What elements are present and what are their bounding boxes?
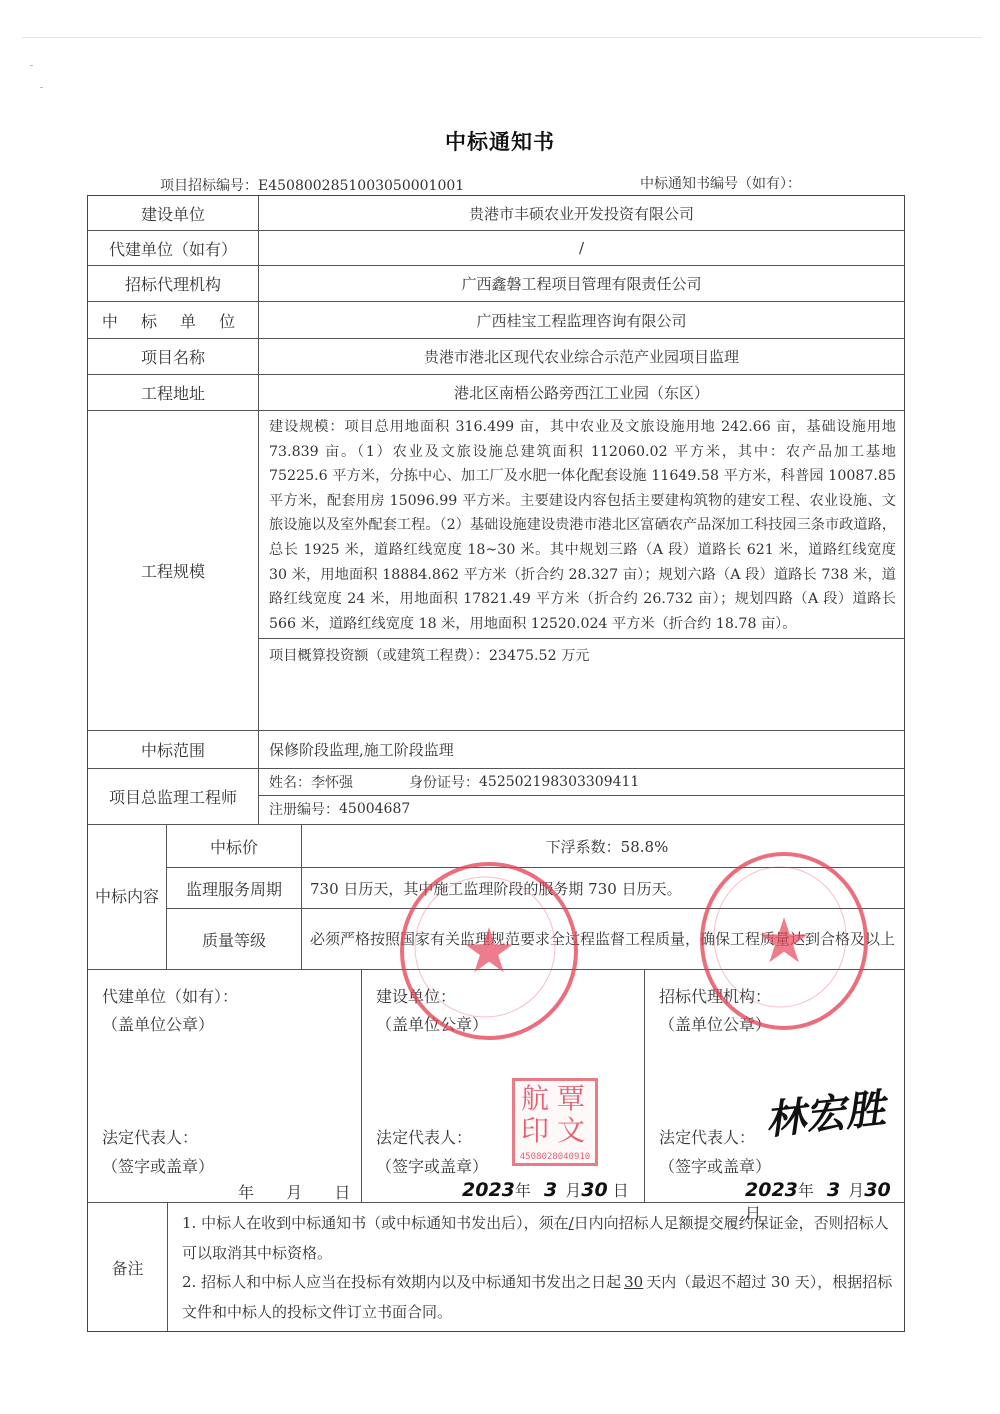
- scan-speck: [30, 65, 33, 66]
- year-suffix: 年: [238, 1183, 254, 1202]
- value-project-address: 港北区南梧公路旁西江工业园（东区）: [259, 375, 904, 410]
- value-agent-builder: /: [259, 231, 904, 265]
- row-tender-agency: 招标代理机构 广西鑫磐工程项目管理有限责任公司: [88, 266, 904, 302]
- bid-content-rows: 中标价 下浮系数：58.8% 监理服务周期 730 日历天，其中施工监理阶段的服…: [167, 825, 904, 969]
- chief-engineer-registration: 注册编号： 45004687: [259, 795, 904, 822]
- label-bid-price: 中标价: [167, 825, 302, 867]
- row-project-scale: 工程规模 建设规模：项目总用地面积 316.499 亩，其中农业及文旅设施用地 …: [88, 411, 904, 731]
- chief-engineer-cell: 姓名： 李怀强 身份证号： 452502198303309411 注册编号： 4…: [259, 769, 904, 824]
- label-chief-engineer: 项目总监理工程师: [88, 769, 259, 824]
- day-suffix: 日: [745, 1204, 761, 1223]
- scan-artifact-line: [22, 37, 982, 38]
- bid-content-block: 中标内容 中标价 下浮系数：58.8% 监理服务周期 730 日历天，其中施工监…: [88, 825, 904, 970]
- row-project-name: 项目名称 贵港市港北区现代农业综合示范产业园项目监理: [88, 339, 904, 375]
- row-service-period: 监理服务周期 730 日历天，其中施工监理阶段的服务期 730 日历天。: [167, 868, 904, 909]
- value-tender-agency: 广西鑫磐工程项目管理有限责任公司: [259, 266, 904, 301]
- engineer-name-label: 姓名：: [269, 772, 311, 792]
- row-agent-builder: 代建单位（如有） /: [88, 231, 904, 266]
- value-bid-price: 下浮系数：58.8%: [302, 825, 904, 867]
- signature-tender-agency: 招标代理机构： （盖单位公章） 法定代表人： （签字或盖章） 2023年 3月3…: [645, 970, 904, 1202]
- bid-notice-table: 建设单位 贵港市丰硕农业开发投资有限公司 代建单位（如有） / 招标代理机构 广…: [87, 195, 905, 1332]
- label-service-period: 监理服务周期: [167, 868, 302, 908]
- note2-blank: 30: [621, 1273, 646, 1291]
- row-bid-scope: 中标范围 保修阶段监理,施工阶段监理: [88, 731, 904, 769]
- value-service-period: 730 日历天，其中施工监理阶段的服务期 730 日历天。: [302, 868, 904, 908]
- label-bid-scope: 中标范围: [88, 731, 259, 768]
- sig-seal-hint: （盖单位公章）: [659, 1012, 771, 1035]
- label-bid-content: 中标内容: [88, 825, 167, 969]
- label-notes: 备注: [88, 1203, 168, 1331]
- signature-block: 代建单位（如有）： （盖单位公章） 法定代表人： （签字或盖章） 年 月 日 建…: [88, 970, 904, 1203]
- sig-rep-hint: （签字或盖章）: [102, 1154, 214, 1177]
- label-tender-agency: 招标代理机构: [88, 266, 259, 301]
- day-suffix: 日: [334, 1183, 350, 1202]
- project-bid-number-value: E4508002851003050001001: [258, 178, 464, 194]
- sig-rep-hint: （签字或盖章）: [659, 1154, 771, 1177]
- sig-org-label: 代建单位（如有）：: [102, 984, 238, 1007]
- sig-date: 2023年 3月30 日: [462, 1178, 629, 1201]
- sig-month-handwritten: 3: [544, 1179, 557, 1201]
- note2-text-a: 2. 招标人和中标人应当在投标有效期内以及中标通知书发出之日起: [182, 1273, 621, 1291]
- year-suffix: 年: [515, 1181, 531, 1200]
- value-winning-unit: 广西桂宝工程监理咨询有限公司: [259, 302, 904, 338]
- engineer-id-number: 452502198303309411: [479, 774, 639, 790]
- label-project-scale: 工程规模: [88, 411, 259, 730]
- sig-day-handwritten: 30: [581, 1179, 607, 1201]
- note1-text-a: 1. 中标人在收到中标通知书（或中标通知书发出后），须在: [182, 1214, 569, 1232]
- label-winning-unit: 中 标 单 位: [88, 302, 259, 338]
- month-suffix: 月: [848, 1181, 864, 1200]
- project-scale-text: 建设规模：项目总用地面积 316.499 亩，其中农业及文旅设施用地 242.6…: [259, 411, 904, 639]
- row-quality-grade: 质量等级 必须严格按照国家有关监理规范要求全过程监督工程质量，确保工程质量达到合…: [167, 909, 904, 969]
- sig-seal-hint: （盖单位公章）: [376, 1012, 488, 1035]
- note-item-2: 2. 招标人和中标人应当在投标有效期内以及中标通知书发出之日起30天内（最迟不超…: [182, 1268, 898, 1327]
- row-bid-price: 中标价 下浮系数：58.8%: [167, 825, 904, 868]
- sig-org-label: 招标代理机构：: [659, 984, 771, 1007]
- year-suffix: 年: [798, 1181, 814, 1200]
- row-winning-unit: 中 标 单 位 广西桂宝工程监理咨询有限公司: [88, 302, 904, 339]
- project-bid-number: 项目招标编号：E4508002851003050001001: [160, 175, 464, 195]
- project-investment: 项目概算投资额（或建筑工程费）：23475.52 万元: [259, 639, 904, 671]
- scan-speck: [40, 87, 43, 88]
- sig-month-handwritten: 3: [827, 1179, 840, 1201]
- value-bid-scope: 保修阶段监理,施工阶段监理: [259, 731, 904, 768]
- row-chief-engineer: 项目总监理工程师 姓名： 李怀强 身份证号： 45250219830330941…: [88, 769, 904, 825]
- sig-rep-label: 法定代表人：: [376, 1125, 472, 1148]
- sig-rep-label: 法定代表人：: [659, 1125, 755, 1148]
- sig-date: 年 月 日: [238, 1180, 350, 1203]
- label-quality-grade: 质量等级: [167, 909, 302, 969]
- project-bid-number-label: 项目招标编号：: [160, 178, 258, 194]
- signature-agent-builder: 代建单位（如有）： （盖单位公章） 法定代表人： （签字或盖章） 年 月 日: [88, 970, 362, 1202]
- label-agent-builder: 代建单位（如有）: [88, 231, 259, 265]
- label-construction-unit: 建设单位: [88, 196, 259, 230]
- engineer-reg-number: 45004687: [339, 801, 410, 817]
- sig-year-handwritten: 2023: [462, 1179, 515, 1201]
- sig-day-handwritten: 30: [864, 1179, 890, 1201]
- notice-number-label: 中标通知书编号（如有）：: [640, 173, 801, 193]
- sig-org-label: 建设单位：: [376, 984, 456, 1007]
- sig-year-handwritten: 2023: [745, 1179, 798, 1201]
- signature-construction-unit: 建设单位： （盖单位公章） 法定代表人： （签字或盖章） 2023年 3月30 …: [362, 970, 645, 1202]
- label-project-name: 项目名称: [88, 339, 259, 374]
- day-suffix: 日: [613, 1181, 629, 1200]
- chief-engineer-identity: 姓名： 李怀强 身份证号： 452502198303309411: [259, 769, 904, 795]
- document-title: 中标通知书: [0, 126, 1000, 156]
- month-suffix: 月: [286, 1183, 302, 1202]
- value-project-name: 贵港市港北区现代农业综合示范产业园项目监理: [259, 339, 904, 374]
- engineer-reg-label: 注册编号：: [269, 799, 339, 819]
- sig-rep-label: 法定代表人：: [102, 1125, 198, 1148]
- sig-rep-hint: （签字或盖章）: [376, 1154, 488, 1177]
- value-construction-unit: 贵港市丰硕农业开发投资有限公司: [259, 196, 904, 230]
- sig-seal-hint: （盖单位公章）: [102, 1012, 214, 1035]
- label-project-address: 工程地址: [88, 375, 259, 410]
- row-project-address: 工程地址 港北区南梧公路旁西江工业园（东区）: [88, 375, 904, 411]
- value-quality-grade: 必须严格按照国家有关监理规范要求全过程监督工程质量，确保工程质量达到合格及以上: [302, 909, 904, 969]
- engineer-name: 李怀强: [311, 772, 353, 792]
- project-scale-cell: 建设规模：项目总用地面积 316.499 亩，其中农业及文旅设施用地 242.6…: [259, 411, 904, 730]
- row-construction-unit: 建设单位 贵港市丰硕农业开发投资有限公司: [88, 196, 904, 231]
- engineer-id-label: 身份证号：: [409, 772, 479, 792]
- sig-date: 2023年 3月30 日: [745, 1178, 904, 1224]
- month-suffix: 月: [565, 1181, 581, 1200]
